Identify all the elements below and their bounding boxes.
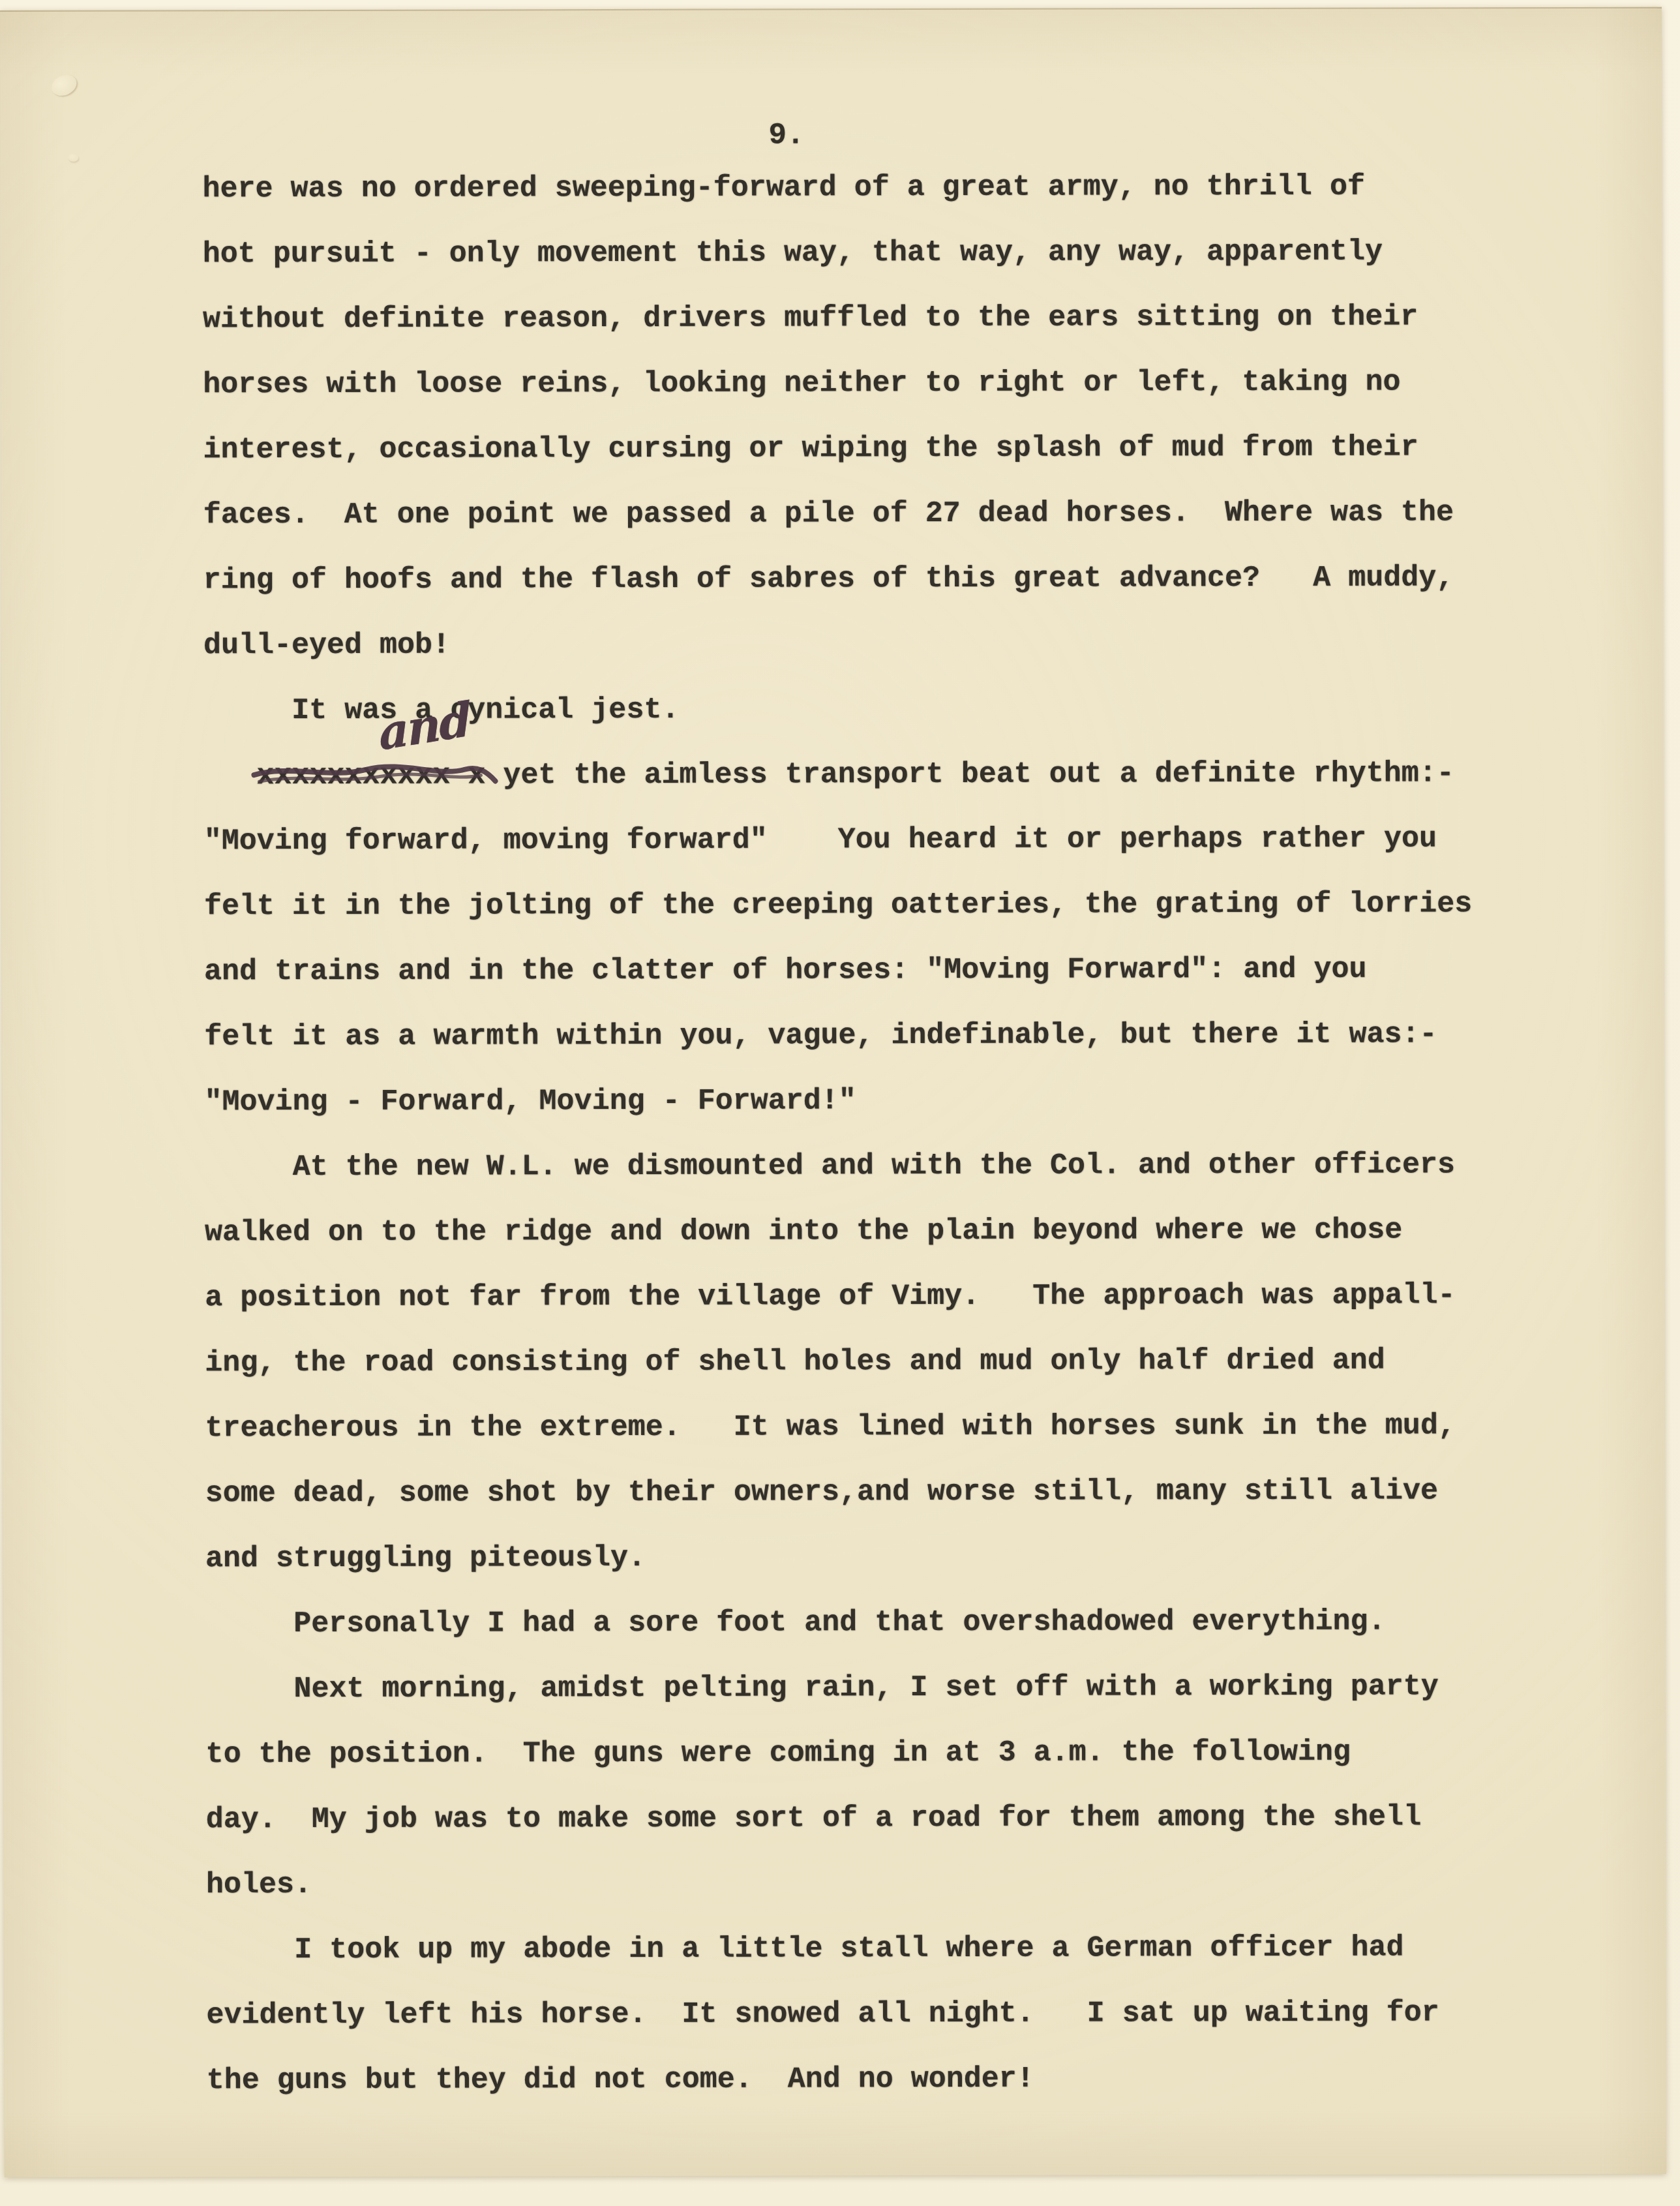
typed-line: the guns but they did not come. And no w…: [207, 2046, 1640, 2114]
typed-line: here was no ordered sweeping-forward of …: [202, 154, 1636, 222]
typed-line: holes.: [206, 1850, 1640, 1918]
typed-line: day. My job was to make some sort of a r…: [206, 1785, 1640, 1853]
typed-line: without definite reason, drivers muffled…: [203, 284, 1636, 353]
indent-space: [203, 759, 256, 793]
struck-text: xxxxxxxxxxx x: [256, 743, 485, 809]
typed-line: I took up my abode in a little stall whe…: [206, 1915, 1640, 1984]
typed-line: a position not far from the village of V…: [205, 1263, 1638, 1331]
paper-blemish: [68, 154, 78, 162]
typed-line: to the position. The guns were coming in…: [205, 1719, 1639, 1788]
typed-line: Next morning, amidst pelting rain, I set…: [205, 1654, 1639, 1723]
typed-line: xxxxxxxxxxx x yet the aimless transport …: [203, 741, 1637, 809]
typed-lines: here was no ordered sweeping-forward of …: [202, 154, 1640, 2114]
typed-line: treacherous in the extreme. It was lined…: [205, 1393, 1638, 1462]
typed-line: felt it in the jolting of the creeping o…: [204, 871, 1638, 940]
typed-line: Personally I had a sore foot and that ov…: [205, 1589, 1639, 1657]
typed-line: faces. At one point we passed a pile of …: [203, 480, 1637, 549]
typed-line: and struggling piteously.: [205, 1524, 1639, 1592]
typed-line: evidently left his horse. It snowed all …: [206, 1980, 1640, 2049]
typed-line: At the new W.L. we dismounted and with t…: [205, 1132, 1638, 1201]
typed-line: dull-eyed mob!: [203, 611, 1637, 679]
typed-line: "Moving - Forward, Moving - Forward!": [204, 1067, 1638, 1136]
typed-text-after-correction: yet the aimless transport beat out a def…: [485, 757, 1454, 792]
typed-line: ing, the road consisting of shell holes …: [205, 1328, 1638, 1397]
typed-line: horses with loose reins, looking neither…: [203, 350, 1636, 418]
document-page: 9. here was no ordered sweeping-forward …: [0, 7, 1666, 2177]
typed-line: "Moving forward, moving forward" You hea…: [204, 806, 1638, 875]
paper-blemish: [48, 71, 80, 100]
typed-line: hot pursuit - only movement this way, th…: [203, 219, 1636, 288]
handwritten-correction: and: [378, 695, 471, 757]
typed-line: walked on to the ridge and down into the…: [205, 1198, 1638, 1266]
typed-line: interest, occasionally cursing or wiping…: [203, 415, 1636, 483]
typed-line: ring of hoofs and the flash of sabres of…: [203, 545, 1637, 614]
typed-line: and trains and in the clatter of horses:…: [204, 937, 1638, 1005]
typed-line: felt it as a warmth within you, vague, i…: [204, 1002, 1638, 1070]
typed-line: some dead, some shot by their owners,and…: [205, 1458, 1639, 1527]
